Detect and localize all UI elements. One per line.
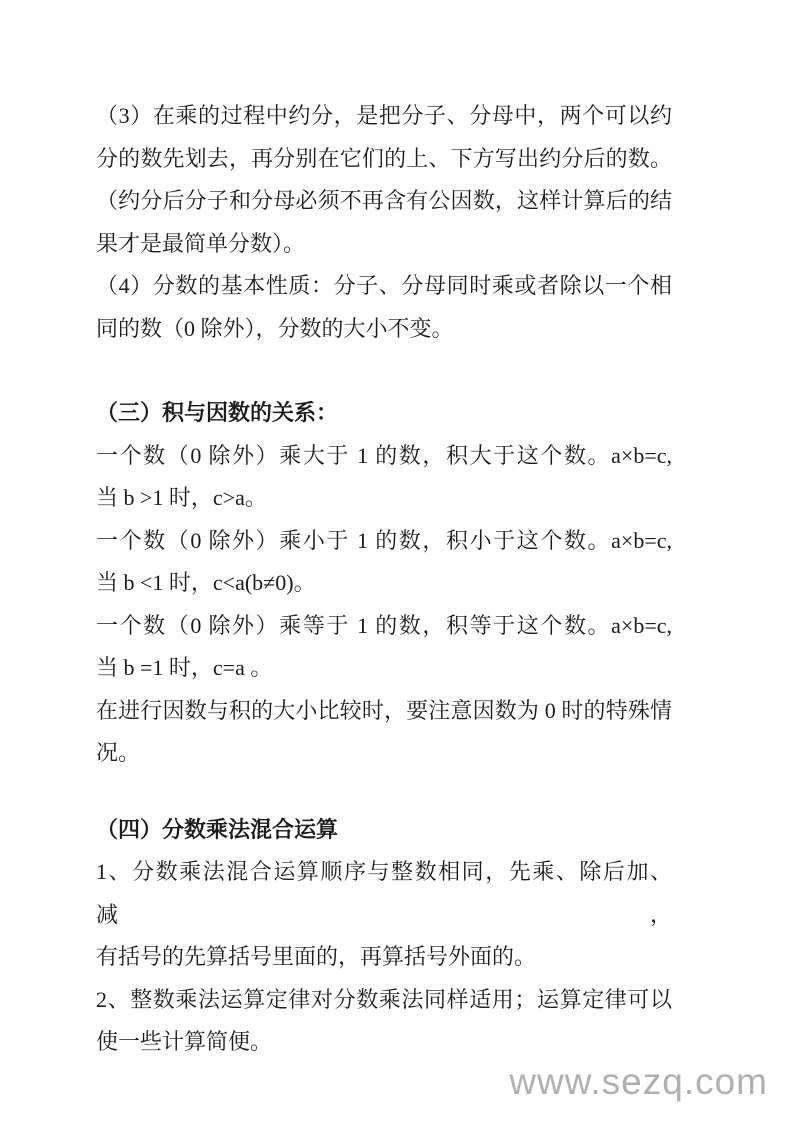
text-line: 当 b <1 时，c<a(b≠0)。 — [96, 562, 672, 605]
text-line: （4）分数的基本性质：分子、分母同时乘或者除以一个相 — [96, 265, 672, 308]
text-line: 分的数先划去，再分别在它们的上、下方写出约分后的数。 — [96, 138, 672, 181]
section-heading-4: （四）分数乘法混合运算 — [96, 809, 672, 852]
paragraph: （3）在乘的过程中约分，是把分子、分母中，两个可以约 分的数先划去，再分别在它们… — [96, 95, 672, 265]
text-line: 一个数（0 除外）乘等于 1 的数，积等于这个数。a×b=c, — [96, 605, 672, 648]
text-line: 果才是最简单分数）。 — [96, 223, 672, 266]
text-line: （3）在乘的过程中约分，是把分子、分母中，两个可以约 — [96, 95, 672, 138]
text-line: 当 b =1 时，c=a 。 — [96, 647, 672, 690]
text-line: 使一些计算简便。 — [96, 1021, 672, 1064]
text-line: （约分后分子和分母必须不再含有公因数，这样计算后的结 — [96, 180, 672, 223]
paragraph: 2、整数乘法运算定律对分数乘法同样适用；运算定律可以 使一些计算简便。 — [96, 979, 672, 1064]
text-line: 有括号的先算括号里面的，再算括号外面的。 — [96, 936, 672, 979]
paragraph: 1、分数乘法混合运算顺序与整数相同，先乘、除后加、减， 有括号的先算括号里面的，… — [96, 851, 672, 979]
section-heading-3: （三）积与因数的关系： — [96, 392, 672, 435]
paragraph: （4）分数的基本性质：分子、分母同时乘或者除以一个相 同的数（0 除外），分数的… — [96, 265, 672, 350]
paragraph: 一个数（0 除外）乘等于 1 的数，积等于这个数。a×b=c, 当 b =1 时… — [96, 605, 672, 690]
paragraph: 在进行因数与积的大小比较时，要注意因数为 0 时的特殊情 况。 — [96, 690, 672, 775]
paragraph: 一个数（0 除外）乘大于 1 的数，积大于这个数。a×b=c, 当 b >1 时… — [96, 435, 672, 520]
document-page: （3）在乘的过程中约分，是把分子、分母中，两个可以约 分的数先划去，再分别在它们… — [0, 0, 800, 1131]
text-line: 2、整数乘法运算定律对分数乘法同样适用；运算定律可以 — [96, 979, 672, 1022]
text-line: 同的数（0 除外），分数的大小不变。 — [96, 308, 672, 351]
text-line: 当 b >1 时，c>a。 — [96, 477, 672, 520]
paragraph: 一个数（0 除外）乘小于 1 的数，积小于这个数。a×b=c, 当 b <1 时… — [96, 520, 672, 605]
text-line: 一个数（0 除外）乘小于 1 的数，积小于这个数。a×b=c, — [96, 520, 672, 563]
text-line: 一个数（0 除外）乘大于 1 的数，积大于这个数。a×b=c, — [96, 435, 672, 478]
text-line: 在进行因数与积的大小比较时，要注意因数为 0 时的特殊情 — [96, 690, 672, 733]
document-body: （3）在乘的过程中约分，是把分子、分母中，两个可以约 分的数先划去，再分别在它们… — [96, 95, 672, 1064]
watermark-text: www.sezq.com — [509, 1061, 768, 1103]
text-line: 1、分数乘法混合运算顺序与整数相同，先乘、除后加、减， — [96, 851, 672, 936]
text-line: 况。 — [96, 732, 672, 775]
